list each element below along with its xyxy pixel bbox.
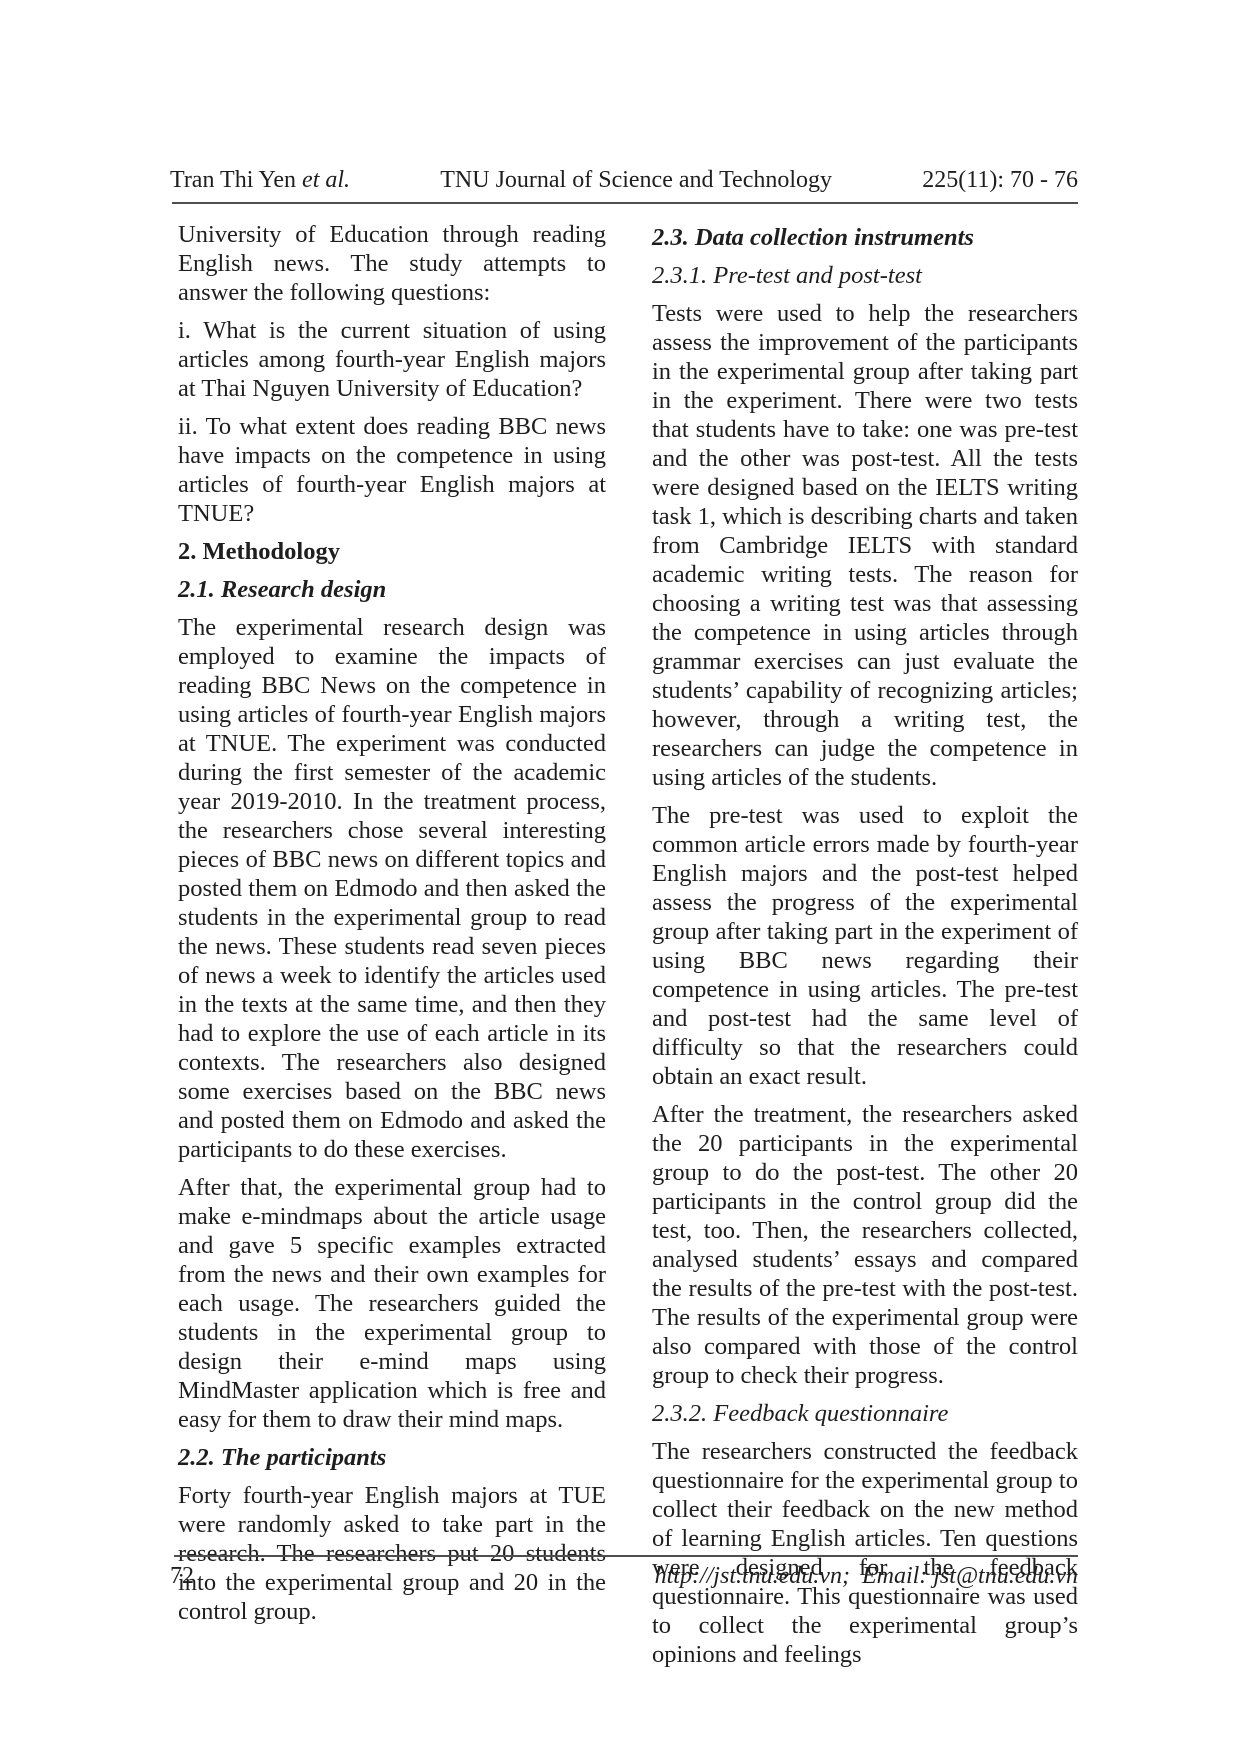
paragraph: After the treatment, the researchers ask… — [652, 1100, 1078, 1390]
paragraph: The experimental research design was emp… — [178, 613, 606, 1164]
section-heading: 2.1. Research design — [178, 575, 606, 604]
section-heading: 2.3. Data collection instruments — [652, 223, 1078, 252]
footer-contact: http://jst.tnu.edu.vn; Email: jst@tnu.ed… — [655, 1562, 1078, 1590]
section-heading: 2.3.1. Pre-test and post-test — [652, 261, 1078, 290]
header-author: Tran Thi Yen et al. — [170, 166, 350, 194]
paragraph: Tests were used to help the researchers … — [652, 299, 1078, 792]
paragraph: The researchers constructed the feedback… — [652, 1437, 1078, 1669]
running-header: Tran Thi Yen et al. TNU Journal of Scien… — [170, 166, 1078, 194]
paragraph: ii. To what extent does reading BBC news… — [178, 412, 606, 528]
header-divider — [172, 202, 1078, 204]
footer-divider — [174, 1555, 1078, 1557]
header-issue-info: 225(11): 70 - 76 — [922, 166, 1078, 194]
running-footer: 72 http://jst.tnu.edu.vn; Email: jst@tnu… — [170, 1562, 1078, 1590]
section-heading: 2. Methodology — [178, 537, 606, 566]
paragraph: The pre-test was used to exploit the com… — [652, 801, 1078, 1091]
section-heading: 2.2. The participants — [178, 1443, 606, 1472]
footer-page-number: 72 — [170, 1562, 194, 1590]
paragraph: University of Education through reading … — [178, 220, 606, 307]
paragraph: i. What is the current situation of usin… — [178, 316, 606, 403]
header-journal-title: TNU Journal of Science and Technology — [440, 166, 832, 194]
section-heading: 2.3.2. Feedback questionnaire — [652, 1399, 1078, 1428]
paragraph: After that, the experimental group had t… — [178, 1173, 606, 1434]
left-column: University of Education through reading … — [178, 220, 606, 1635]
header-author-name: Tran Thi Yen — [170, 167, 302, 193]
paragraph: Forty fourth-year English majors at TUE … — [178, 1481, 606, 1626]
right-column: 2.3. Data collection instruments2.3.1. P… — [652, 220, 1078, 1678]
header-author-etal: et al. — [302, 167, 350, 193]
